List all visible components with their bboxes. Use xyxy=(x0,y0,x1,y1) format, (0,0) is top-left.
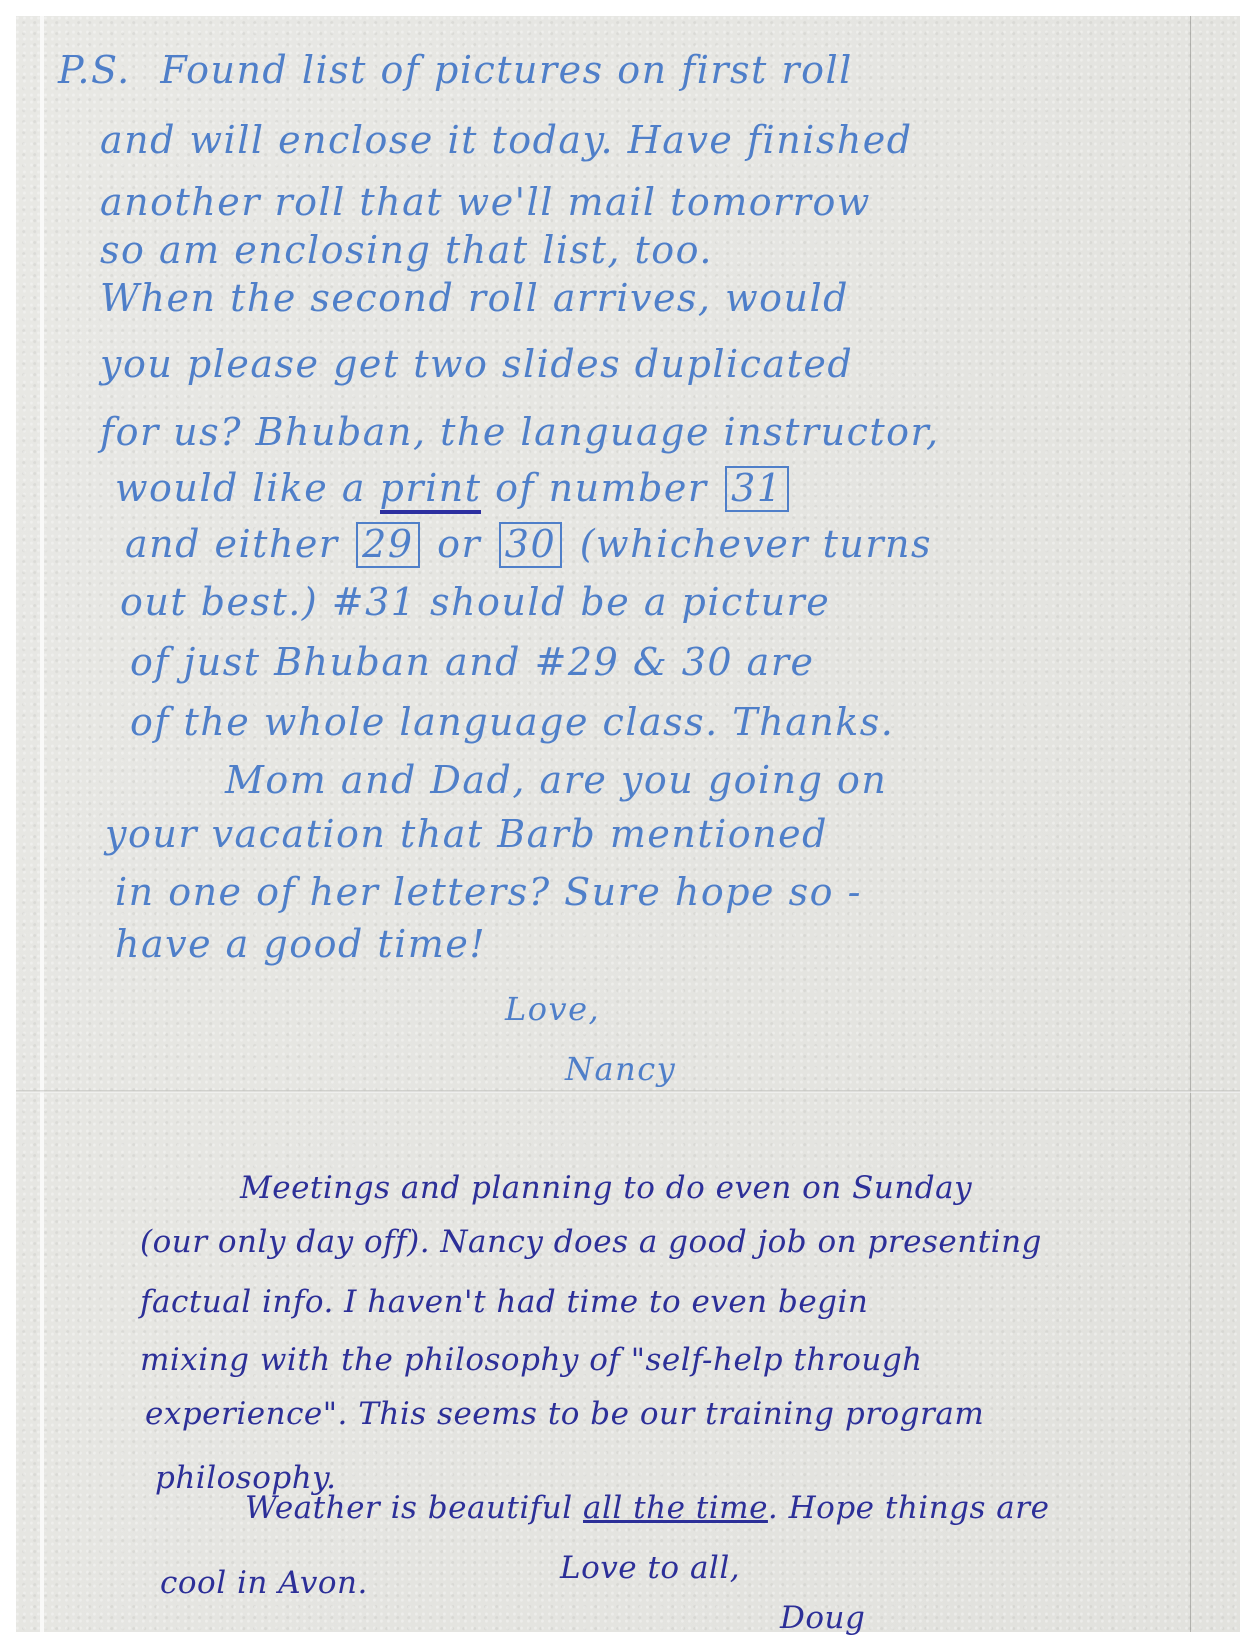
signature-doug: Doug xyxy=(780,1600,865,1636)
letter-line: have a good time! xyxy=(115,922,486,966)
fold-crease xyxy=(16,1090,1240,1093)
letter-line: When the second roll arrives, would xyxy=(100,276,849,320)
letter-line: P.S. Found list of pictures on first rol… xyxy=(58,48,853,92)
underlined-word: print xyxy=(380,466,482,514)
letter-line: factual info. I haven't had time to even… xyxy=(140,1284,868,1320)
ps-marker: P.S. xyxy=(58,48,131,92)
closing: Love, xyxy=(505,990,600,1028)
letter-line: and either 29 or 30 (whichever turns xyxy=(125,522,932,568)
letter-line: mixing with the philosophy of "self-help… xyxy=(140,1342,923,1378)
letter-line: Weather is beautiful all the time. Hope … xyxy=(245,1490,1049,1526)
letter-line: for us? Bhuban, the language instructor, xyxy=(100,410,940,454)
letter-line: Meetings and planning to do even on Sund… xyxy=(240,1170,972,1206)
boxed-number: 31 xyxy=(725,466,788,512)
line-text: Found list of pictures on first roll xyxy=(160,48,852,92)
closing: Love to all, xyxy=(560,1550,740,1586)
letter-line: (our only day off). Nancy does a good jo… xyxy=(140,1224,1042,1260)
boxed-number: 29 xyxy=(356,522,419,568)
letter-line: in one of her letters? Sure hope so - xyxy=(115,870,862,914)
letter-line: of the whole language class. Thanks. xyxy=(130,700,894,744)
letter-line: experience". This seems to be our traini… xyxy=(145,1396,984,1432)
letter-line: another roll that we'll mail tomorrow xyxy=(100,180,871,224)
right-margin-line xyxy=(1190,16,1191,1632)
underlined-phrase: all the time xyxy=(583,1490,768,1526)
letter-line: Mom and Dad, are you going on xyxy=(225,758,887,802)
letter-line: your vacation that Barb mentioned xyxy=(105,812,828,856)
letter-line: you please get two slides duplicated xyxy=(100,342,853,386)
letter-line: would like a print of number 31 xyxy=(115,466,793,512)
letter-line: of just Bhuban and #29 & 30 are xyxy=(130,640,814,684)
paper-left-stripe xyxy=(40,16,44,1632)
boxed-number: 30 xyxy=(499,522,562,568)
letter-line: so am enclosing that list, too. xyxy=(100,228,713,272)
signature-nancy: Nancy xyxy=(565,1050,676,1088)
letter-line: out best.) #31 should be a picture xyxy=(120,580,830,624)
letter-line: and will enclose it today. Have finished xyxy=(100,118,913,162)
letter-line: cool in Avon. xyxy=(160,1565,368,1601)
